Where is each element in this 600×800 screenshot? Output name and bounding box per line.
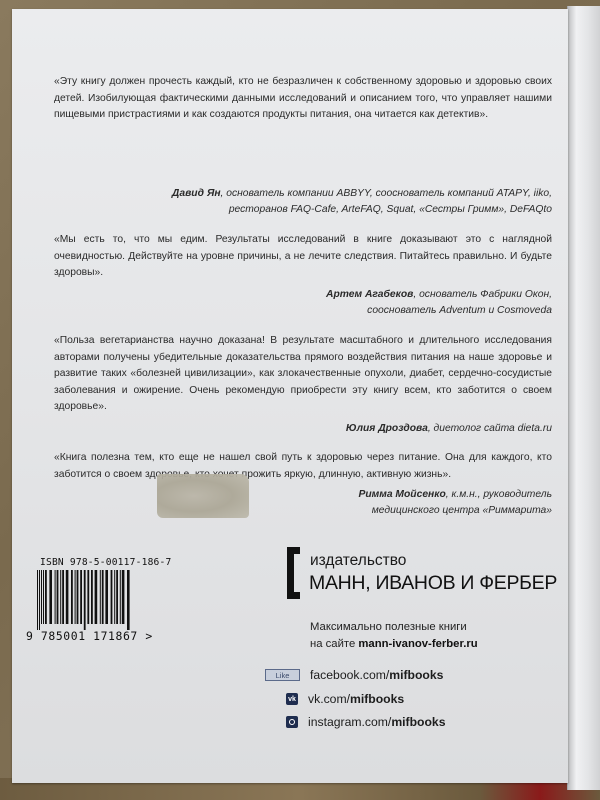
vk-icon: vk	[286, 693, 298, 705]
barcode-digits: 9 785001 171867 >	[26, 629, 153, 643]
social-facebook[interactable]: Like facebook.com/mifbooks	[265, 668, 443, 682]
author-name: Артем Агабеков	[326, 289, 413, 300]
book-back-cover: «Эту книгу должен прочесть каждый, кто н…	[12, 9, 568, 783]
attribution-1: Давид Ян, основатель компании ABBYY, соо…	[132, 186, 552, 217]
publisher-bracket-logo	[287, 547, 300, 599]
social-vk[interactable]: vk vk.com/mifbooks	[265, 692, 404, 706]
quote-text-2: «Мы есть то, что мы едим. Результаты исс…	[54, 232, 552, 282]
instagram-icon	[286, 716, 298, 728]
author-name: Давид Ян	[172, 188, 221, 199]
barcode	[37, 570, 133, 630]
publisher-label: издательство	[310, 552, 406, 570]
attribution-3: Юлия Дроздова, диетолог сайта dieta.ru	[132, 421, 552, 437]
attribution-2: Артем Агабеков, основатель Фабрики Окон,…	[132, 287, 552, 318]
publisher-name: МАНН, ИВАНОВ И ФЕРБЕР	[309, 572, 557, 595]
publisher-tagline: Максимально полезные книги на сайте mann…	[310, 619, 478, 653]
isbn-label: ISBN 978-5-00117-186-7	[40, 557, 171, 568]
facebook-like-icon: Like	[265, 669, 300, 681]
website-link[interactable]: mann-ivanov-ferber.ru	[358, 638, 477, 650]
book-spine	[567, 6, 600, 790]
quote-text-3: «Польза вегетарианства научно доказана! …	[54, 333, 552, 416]
quote-text-4: «Книга полезна тем, кто еще не нашел сво…	[54, 450, 552, 483]
torn-price-sticker	[157, 474, 249, 518]
author-name: Юлия Дроздова	[346, 423, 428, 434]
quote-text-1: «Эту книгу должен прочесть каждый, кто н…	[54, 74, 552, 124]
author-name: Римма Мойсенко	[358, 489, 445, 500]
social-instagram[interactable]: instagram.com/mifbooks	[265, 715, 445, 729]
